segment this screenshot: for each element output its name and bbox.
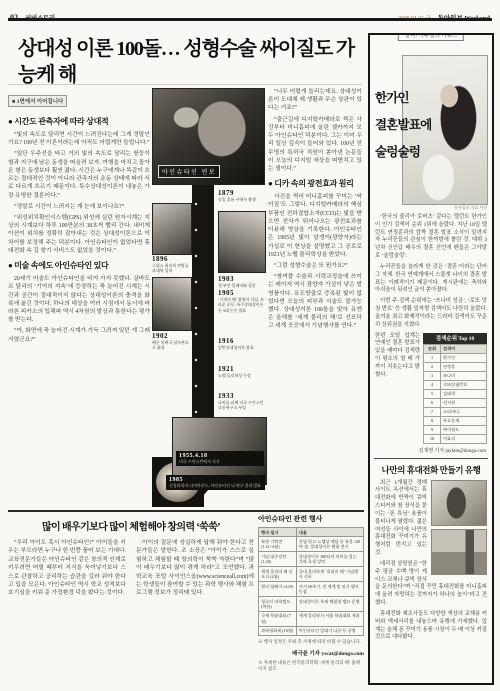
- phone-article-body: 최근 1개월간 경매 사이트 옥션에서는 휴대전화에 반짝이 큐빅 스티커와 참…: [370, 480, 492, 643]
- rank: 5: [424, 389, 441, 398]
- subhead-einstein-in-art: ● 미술 속에도 아인슈타인 있다: [8, 260, 150, 271]
- body-paragraph: “쌍꺼풀 수술과 시력교정술에 쓰이는 레이저 역시 광양자 가설이 낳은 발명…: [268, 273, 362, 331]
- search-term: 로또당첨번호: [441, 380, 487, 389]
- keyword-headline: 한가인 결혼발표에 술렁술렁: [375, 85, 431, 166]
- section-divider-rule: [8, 510, 364, 512]
- body-paragraph: 이번 주 검색 순위에는 ‘쓰나미 성금’, ‘로또 당첨 번호’ 등 생활 밀…: [375, 298, 487, 329]
- search-ranking-table: 검색순위 Top 10 순위 검색어 1한가인 2연정훈 3쓰나미 4로또당첨번…: [423, 333, 487, 444]
- rank: 1: [424, 353, 441, 362]
- timeline-entry: 1905 ‘기적의 해’ 광양자 가설, 브라운 운동, 특수상대성이론 등 3…: [218, 289, 264, 313]
- table-row: 청소년 과학캠프 (여름)상대성이론 주제 체험형 캠프 운영: [259, 597, 364, 612]
- einstein-patent-office-photo: [218, 211, 266, 273]
- events-note: ※ 자세한 내용은 한국물리학회 ‘세계 물리의 해’ 홈페이지 참조.: [258, 660, 364, 672]
- timeline-title: 아인슈타인 연보: [158, 165, 220, 178]
- timeline-entry: 1903 첫 부인 밀레바와 결혼: [218, 275, 264, 288]
- table-row: 6전지현: [424, 398, 487, 407]
- body-paragraph: “그럼 성형수술은 또 뭔가요?”: [268, 262, 362, 270]
- main-article-byline: 배극윤 기자 yscat@donga.com: [258, 649, 364, 657]
- einstein-young-photo: [152, 277, 192, 331]
- timeline-year: 1902: [152, 332, 190, 340]
- table-row: 3쓰나미: [424, 371, 487, 380]
- rank: 9: [424, 425, 441, 434]
- column-header: 순위: [424, 344, 441, 353]
- table-row: 1한가인: [424, 353, 487, 362]
- search-term: 김태희: [441, 389, 487, 398]
- body-paragraph: 20세기 미술도 아인슈타인을 비켜 가지 못했다. 살바도르 달리의 ‘기억의…: [8, 275, 150, 324]
- subhead-time-relative: ● 시간도 관측자에 따라 상대적: [8, 116, 150, 127]
- creativity-article: 많이 배우기보다 많이 체험해야 창의력 ‘쑥쑥’ “우리 아이도 혹시 아인슈…: [8, 516, 254, 688]
- timeline-entry: 1902 베른 특허국 심사관으로 취직: [152, 332, 190, 351]
- event-name: 청소년 과학캠프 (여름): [259, 597, 297, 612]
- body-paragraph: 한편 포털 업계는 연예인 결혼 발표가 있을 때마다 검색량이 평소의 열 배…: [375, 333, 420, 380]
- table-row: 기념 대중강연 (1.28)상대성이론 100년의 의미를 짚는 석학 초청 강…: [259, 552, 364, 567]
- timeline-caption: 신경과학자 다이아몬드, 아인슈타인 뇌 연구 결과 발표: [169, 483, 262, 488]
- timeline-caption: 스위스 취리히 연방공과대학 입학: [152, 263, 190, 274]
- table-row: 국제 학술대회 (7월)세계 물리학자 서울 학술대회 개최: [259, 611, 364, 626]
- rank: 2: [424, 362, 441, 371]
- search-term: 한가인: [441, 353, 487, 362]
- body-paragraph: “위성위치확인시스템(GPS) 위성에 실린 원자시계는 지상의 시계보다 하루…: [8, 214, 150, 255]
- creativity-article-headline: 많이 배우기보다 많이 체험해야 창의력 ‘쑥쑥’: [8, 518, 254, 533]
- table-row: 세계 물리의 해 선포식 (2월)국내 물리학계 ‘물리의 해’ 기념행사 선포: [259, 567, 364, 582]
- event-name: 기념 대중강연 (1.28): [259, 552, 297, 567]
- rank: 7: [424, 407, 441, 416]
- body-paragraph: “너무 어렵게 들리는데요. 상대성이론이 도대체 제 생활과 무슨 상관이 있…: [268, 88, 362, 113]
- photo-caption: 동아일보 자료 사진: [454, 205, 487, 211]
- top10-table: 순위 검색어 1한가인 2연정훈 3쓰나미 4로또당첨번호 5김태희 6전지현 …: [423, 344, 487, 444]
- event-name: 빛의 릴레이 (4.19): [259, 582, 297, 597]
- table-row: 과학영화제 (10월)아인슈타인 일대기 다큐 등 상영: [259, 626, 364, 635]
- einstein-portrait-photo: 아인슈타인 연보: [152, 88, 265, 185]
- keyword-headline-line: 결혼발표에: [375, 112, 431, 139]
- creativity-article-columns: “우리 아이도 혹시 아인슈타인?” 아이들을 키우는 부모라면 누구나 한 번…: [8, 539, 254, 687]
- timeline-year: 1916: [218, 337, 264, 345]
- timeline-entry: 1916 일반상대성이론 발표: [218, 337, 264, 350]
- masthead: 02 커버스토리 2005 01 21 금 동아일보 Weekend: [10, 7, 490, 25]
- keyword-of-the-week-box: 클릭! 이주일의 키워드 한가인 결혼발표에 술렁술렁 동아일보 자료 사진 ‘…: [368, 33, 494, 685]
- search-term: 쓰나미: [441, 371, 487, 380]
- body-paragraph: 사진을 찍어 미니홈피를 꾸미는 ‘싸이질’도 그렇다. 디지털카메라의 핵심 …: [268, 193, 362, 259]
- column-header: 행사·일시: [259, 528, 297, 537]
- timeline-year: 1903: [218, 275, 264, 283]
- timeline-caption: 베른 특허국 심사관으로 취직: [152, 340, 190, 351]
- body-paragraph: 휴대전화 제조사들도 다양한 색상의 교체용 커버와 액세서리를 내놓으며 유행…: [375, 611, 487, 642]
- timeline-caption: 첫 부인 밀레바와 결혼: [218, 283, 264, 288]
- rank: 8: [424, 416, 441, 425]
- column-header: 검색어: [441, 344, 487, 353]
- timeline-caption: 나치를 피해 미국 프린스턴고등연구소 부임: [218, 400, 264, 411]
- keyword-article-body: ‘한국의 줄리아 로버츠’ 같다는 탤런트 한가인이 인기 검색어 순위 1위에…: [370, 209, 492, 330]
- event-detail: 서거 50주기, 전 세계 빛 잇기 행사 동참: [296, 582, 363, 597]
- headline-rule: [8, 84, 362, 85]
- body-paragraph: “아, 화면에 축 늘어진 시계가 가득 그려져 있던 게 그래서였군요?”: [8, 327, 150, 343]
- einstein-timeline-graphic: 아인슈타인 연보 1879 독일 울름 시에서 출생 1896 스위스 취리히 …: [152, 88, 265, 508]
- search-ranking-title: 검색순위 Top 10: [423, 333, 487, 344]
- column-header: 내용: [296, 528, 363, 537]
- box-divider: [374, 458, 488, 459]
- event-detail: 친필 원고·노벨상 메달 등 유물 140여 점, 상대성이론 체험 전시: [296, 537, 363, 552]
- masthead-rule: [8, 18, 492, 21]
- timeline-entry: 1896 스위스 취리히 연방공과대학 입학: [152, 255, 190, 274]
- event-detail: 상대성이론 주제 체험형 캠프 운영: [296, 597, 363, 612]
- timeline-caption: 미국 프린스턴에서 서거: [179, 459, 261, 464]
- search-term: 이효리: [441, 434, 487, 443]
- event-name: 과학영화제 (10월): [259, 626, 297, 635]
- event-detail: 국내 물리학계 ‘물리의 해’ 기념행사 선포: [296, 567, 363, 582]
- keyword-box-top: 한가인 결혼발표에 술렁술렁 동아일보 자료 사진: [370, 35, 492, 209]
- rank: 3: [424, 371, 441, 380]
- decorated-phone-photo: [431, 480, 487, 526]
- event-name: 국제 학술대회 (7월): [259, 611, 297, 626]
- body-paragraph: ‘한국의 줄리아 로버츠’ 같다는 탤런트 한가인이 인기 검색어 순위 1위에…: [375, 214, 487, 261]
- body-paragraph: “우리 아이도 혹시 아인슈타인?” 아이들을 키우는 부모라면 누구나 한 번…: [8, 539, 126, 598]
- events-table: 행사·일시 내용 특별 기획전 (1.21~4월)친필 원고·노벨상 메달 등 …: [258, 527, 364, 636]
- keyword-headline-line: 한가인: [375, 85, 431, 112]
- table-row: 5김태희: [424, 389, 487, 398]
- search-term: 무료운세: [441, 416, 487, 425]
- timeline-year: 1933: [218, 392, 264, 400]
- table-row: 8무료운세: [424, 416, 487, 425]
- keyword-body-with-chart: 한편 포털 업계는 연예인 결혼 발표가 있을 때마다 검색량이 평소의 열 배…: [370, 333, 492, 444]
- subhead-photoelectric-effect: ● 디카 속의 광전효과 원리: [268, 178, 362, 189]
- timeline-entry: 1921 노벨 물리학상 수상: [218, 365, 264, 378]
- timeline-caption: 일반상대성이론 발표: [218, 345, 264, 350]
- timeline-caption: 노벨 물리학상 수상: [218, 373, 264, 378]
- timeline-entry-brain-study: 1985 신경과학자 다이아몬드, 아인슈타인 뇌 연구 결과 발표: [166, 475, 265, 490]
- event-name: 세계 물리의 해 선포식 (2월): [259, 567, 297, 582]
- table-row: 9싸이월드: [424, 425, 487, 434]
- table-row: 빛의 릴레이 (4.19)서거 50주기, 전 세계 빛 잇기 행사 동참: [259, 582, 364, 597]
- search-term: 전지현: [441, 398, 487, 407]
- keyword-box-tab: 클릭! 이주일의 키워드: [398, 33, 464, 41]
- table-row: 2연정훈: [424, 362, 487, 371]
- rank: 6: [424, 398, 441, 407]
- phone-photos: [431, 480, 487, 578]
- search-term: 소리바다: [441, 407, 487, 416]
- event-detail: 세계 물리학자 서울 학술대회 개최: [296, 611, 363, 626]
- newspaper-page: 02 커버스토리 2005 01 21 금 동아일보 Weekend 상대성 이…: [0, 0, 500, 691]
- event-detail: 아인슈타인 일대기 다큐 등 상영: [296, 626, 363, 635]
- table-row: 10이효리: [424, 434, 487, 443]
- table-header-row: 순위 검색어: [424, 344, 487, 353]
- timeline-caption: 독일 울름 시에서 출생: [218, 197, 264, 202]
- einstein-events-section: 아인슈타인 관련 행사 행사·일시 내용 특별 기획전 (1.21~4월)친필 …: [258, 514, 364, 673]
- phone-article-headline: 나만의 휴대전화 만들기 유행: [370, 464, 492, 476]
- body-paragraph: “출근길에 디지털카메라로 찍은 사진부터 미니홈피에 올린 셀카까지 모두 아…: [268, 116, 362, 174]
- table-header-row: 행사·일시 내용: [259, 528, 364, 537]
- keyword-headline-line: 술렁술렁: [375, 139, 431, 166]
- timeline-year: 1905: [218, 289, 264, 297]
- einstein-child-photo: [152, 203, 192, 255]
- timeline-entry: 1879 독일 울름 시에서 출생: [218, 189, 264, 202]
- main-headline: 상대성 이론 100돌… 성형수술 싸이질도 가능케 해: [18, 36, 362, 88]
- event-name: 특별 기획전 (1.21~4월): [259, 537, 297, 552]
- body-paragraph: “빛의 속도로 달리면 시간이 느려진다는데 그게 정말인가요? 100년 전 …: [8, 131, 150, 147]
- timeline-year: 1921: [218, 365, 264, 373]
- continued-tag: ■ 1면에서 이어집니다: [8, 95, 67, 107]
- search-term: 연정훈: [441, 362, 487, 371]
- keyword-article-byline: 김재영 기자 jaykim@donga.com: [370, 444, 492, 456]
- phone-cases-photo: [431, 529, 487, 575]
- body-paragraph: “일단 우주선을 타고 거의 빛의 속도로 달리는 쌍둥이 형과 지구에 남은 …: [8, 150, 150, 199]
- main-article-middle-column: “너무 어렵게 들리는데요. 상대성이론이 도대체 제 생활과 무슨 상관이 있…: [268, 88, 362, 508]
- timeline-zone: 1879 독일 울름 시에서 출생 1896 스위스 취리히 연방공과대학 입학…: [152, 185, 265, 508]
- timeline-caption: ‘기적의 해’ 광양자 가설, 브라운 운동, 특수상대성이론 등 3대 논문 …: [218, 297, 264, 313]
- timeline-year: 1879: [218, 189, 264, 197]
- rank: 4: [424, 380, 441, 389]
- body-paragraph: 아이의 질문에 성실하게 답해 줘야 한다고 전문가들은 말한다. 조 소장은 …: [136, 539, 254, 598]
- masthead-left: 02 커버스토리: [10, 7, 55, 25]
- timeline-year: 1896: [152, 255, 190, 263]
- main-article-left-column: ■ 1면에서 이어집니다 ● 시간도 관측자에 따라 상대적 “빛의 속도로 달…: [8, 90, 150, 508]
- table-row: 7소리바다: [424, 407, 487, 416]
- table-row: 특별 기획전 (1.21~4월)친필 원고·노벨상 메달 등 유물 140여 점…: [259, 537, 364, 552]
- events-table-title: 아인슈타인 관련 행사: [258, 514, 364, 524]
- rank: 10: [424, 434, 441, 443]
- timeline-entry: 1933 나치를 피해 미국 프린스턴고등연구소 부임: [218, 392, 264, 411]
- body-paragraph: “정말로 시간이 느려지는 게 눈에 보이나요?”: [8, 203, 150, 211]
- events-note: ※ 행사 일정은 주최 측 사정에 따라 바뀔 수 있습니다.: [258, 639, 364, 645]
- timeline-entry-death: 1955.4.18 미국 프린스턴에서 서거: [176, 451, 264, 466]
- table-row: 4로또당첨번호: [424, 380, 487, 389]
- body-paragraph: 누리꾼들을 놀라게 한 것은 ‘결혼’이라는 단어 그 자체. 한국 연예계에서…: [375, 264, 487, 295]
- search-term: 싸이월드: [441, 425, 487, 434]
- event-detail: 상대성이론 100년의 의미를 짚는 석학 초청 강연: [296, 552, 363, 567]
